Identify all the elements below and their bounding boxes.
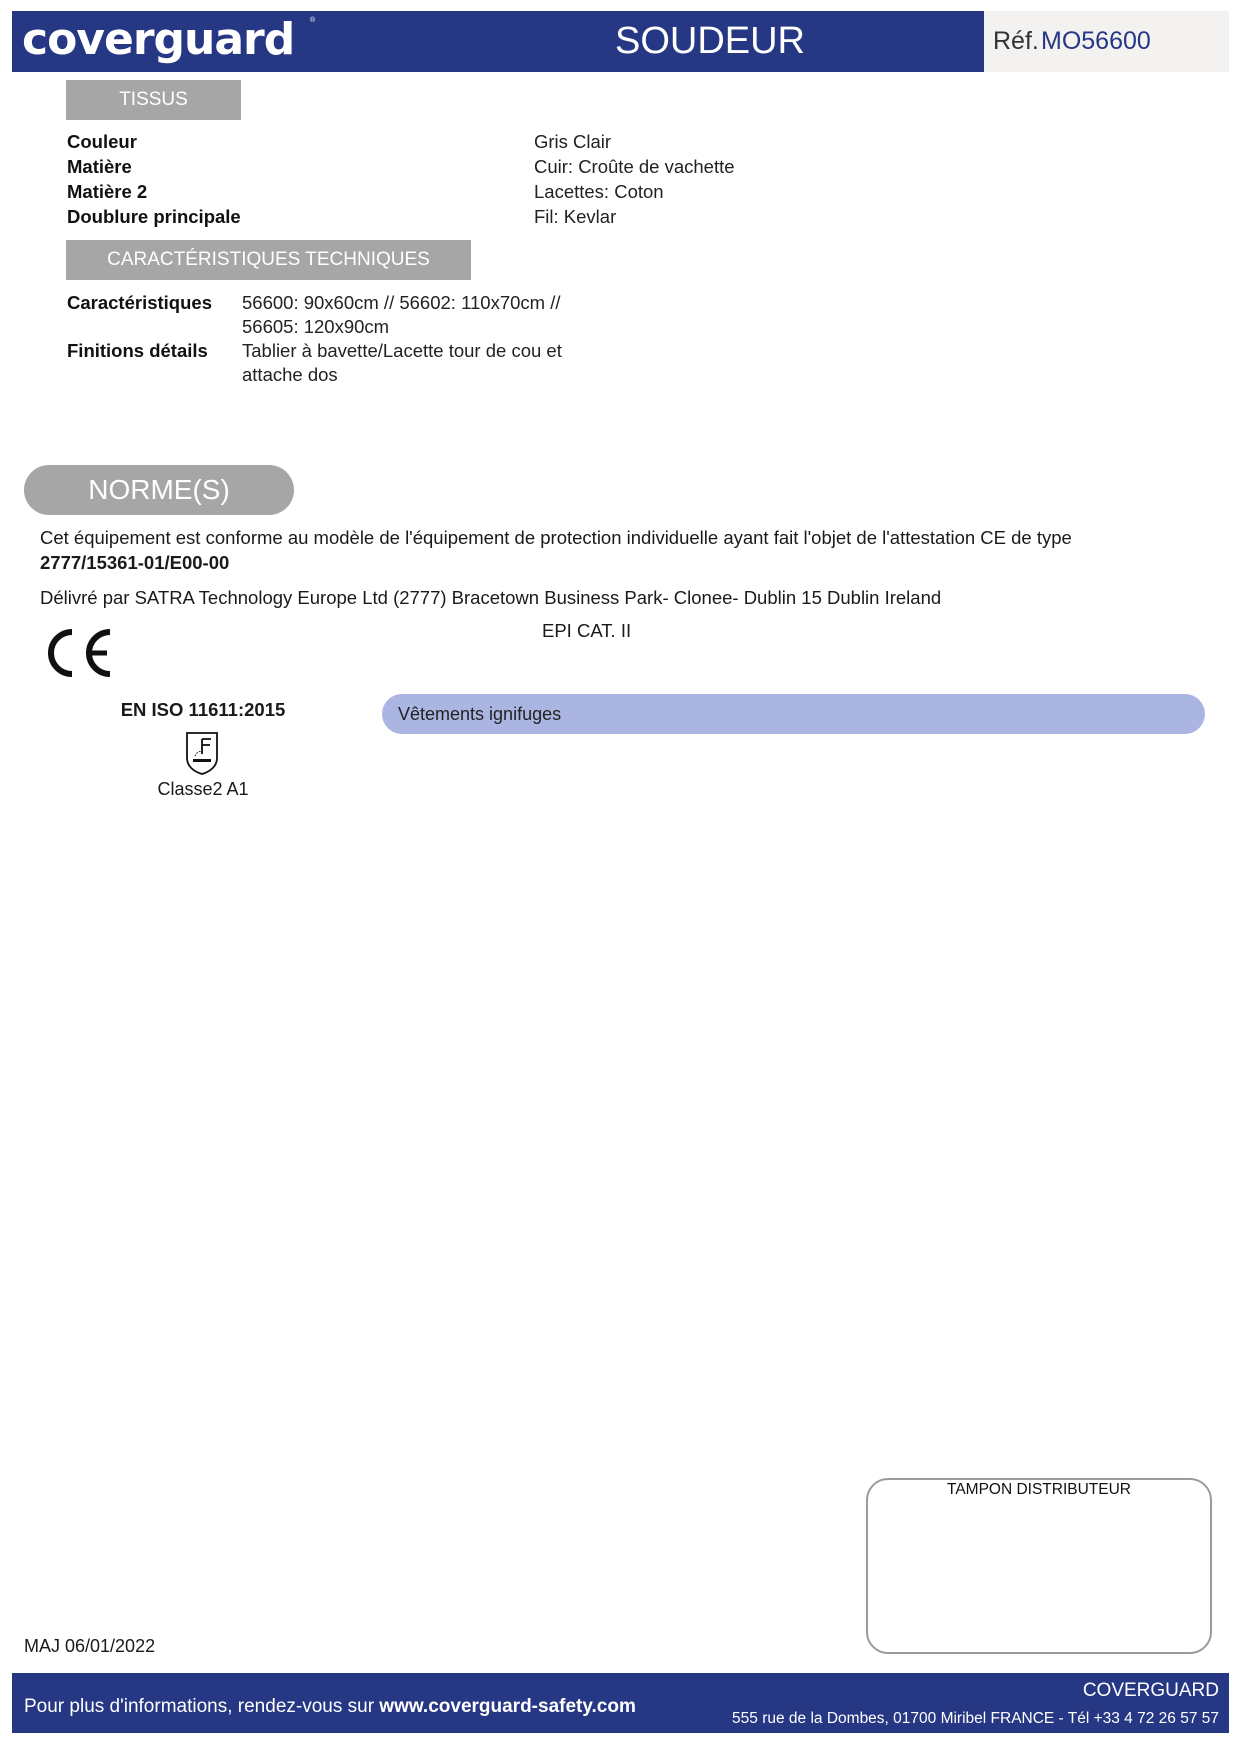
tissus-value-couleur: Gris Clair bbox=[534, 131, 611, 153]
carac-label-caracteristiques: Caractéristiques bbox=[67, 292, 212, 314]
distributor-stamp-title: TAMPON DISTRIBUTEUR bbox=[866, 1481, 1212, 1499]
tissus-label-matiere2: Matière 2 bbox=[67, 181, 147, 203]
carac-value-caracteristiques-line1: 56600: 90x60cm // 56602: 110x70cm // bbox=[242, 292, 560, 314]
tissus-value-matiere: Cuir: Croûte de vachette bbox=[534, 156, 735, 178]
section-normes-heading: NORME(S) bbox=[24, 465, 294, 515]
product-title: SOUDEUR bbox=[560, 11, 860, 72]
section-tissus-heading: TISSUS bbox=[66, 80, 241, 120]
tissus-value-doublure: Fil: Kevlar bbox=[534, 206, 616, 228]
issued-by-text: Délivré par SATRA Technology Europe Ltd … bbox=[40, 587, 941, 609]
conformity-text: Cet équipement est conforme au modèle de… bbox=[40, 527, 1072, 549]
reference-value: MO56600 bbox=[1041, 27, 1151, 56]
tissus-label-couleur: Couleur bbox=[67, 131, 137, 153]
tissus-label-matiere: Matière bbox=[67, 156, 132, 178]
distributor-stamp-box bbox=[866, 1478, 1212, 1654]
registered-mark: ® bbox=[310, 17, 315, 24]
brand-logo: coverguard bbox=[22, 12, 294, 68]
section-caracteristiques-heading: CARACTÉRISTIQUES TECHNIQUES bbox=[66, 240, 471, 280]
footer-address: 555 rue de la Dombes, 01700 Miribel FRAN… bbox=[732, 1710, 1219, 1728]
standard-class: Classe2 A1 bbox=[88, 779, 318, 800]
certificate-number: 2777/15361-01/E00-00 bbox=[40, 552, 229, 574]
ce-mark-icon bbox=[44, 628, 114, 678]
reference-label: Réf. bbox=[993, 27, 1039, 56]
tissus-value-matiere2: Lacettes: Coton bbox=[534, 181, 664, 203]
standard-code: EN ISO 11611:2015 bbox=[88, 699, 318, 721]
footer-company: COVERGUARD bbox=[1083, 1680, 1219, 1702]
standard-description: Vêtements ignifuges bbox=[398, 704, 561, 725]
tissus-label-doublure: Doublure principale bbox=[67, 206, 241, 228]
footer-info: Pour plus d'informations, rendez-vous su… bbox=[24, 1696, 636, 1718]
welding-shield-icon bbox=[184, 730, 220, 776]
footer-info-prefix: Pour plus d'informations, rendez-vous su… bbox=[24, 1696, 379, 1717]
update-date: MAJ 06/01/2022 bbox=[24, 1636, 155, 1657]
carac-value-finitions-line2: attache dos bbox=[242, 364, 338, 386]
carac-label-finitions: Finitions détails bbox=[67, 340, 208, 362]
epi-category: EPI CAT. II bbox=[542, 620, 631, 642]
carac-value-finitions-line1: Tablier à bavette/Lacette tour de cou et bbox=[242, 340, 562, 362]
carac-value-caracteristiques-line2: 56605: 120x90cm bbox=[242, 316, 389, 338]
footer-website-link[interactable]: www.coverguard-safety.com bbox=[379, 1696, 636, 1717]
